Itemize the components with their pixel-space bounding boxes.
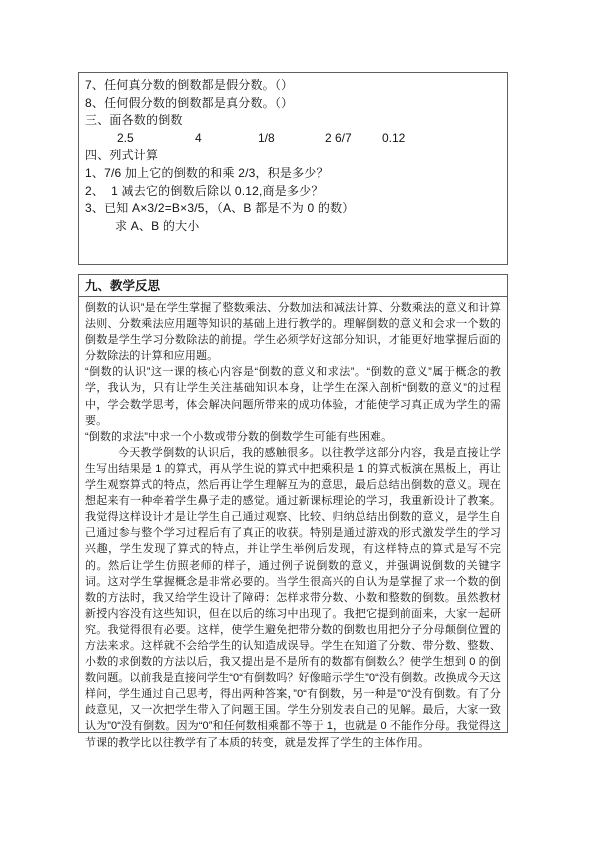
exercise-line: 3、已知 A×3/2=B×3/5，（A、B 都是不为 0 的数） (85, 200, 501, 218)
reflection-table: 九、教学反思 倒数的认识”是在学生掌握了整数乘法、分数加法和减法计算、分数乘法的… (78, 274, 508, 733)
number-item: 2 6/7 (325, 130, 352, 148)
number-item: 0.12 (382, 130, 405, 148)
reflection-paragraph: 倒数的认识”是在学生掌握了整数乘法、分数加法和减法计算、分数乘法的意义和计算法则… (85, 300, 501, 364)
exercise-section-heading: 四、列式计算 (85, 147, 501, 165)
exercise-line: 求 A、B 的大小 (85, 218, 501, 236)
document-page: 7、任何真分数的倒数都是假分数。（） 8、任何假分数的倒数都是真分数。（） 三、… (0, 0, 595, 842)
exercise-line: 2、 1 减去它的倒数后除以 0.12,商是多少？ (85, 183, 501, 201)
exercise-line: 1、7/6 加上它的倒数的和乘 2/3，积是多少？ (85, 165, 501, 183)
exercise-section-heading: 三、面各数的倒数 (85, 112, 501, 130)
number-item: 1/8 (258, 130, 275, 148)
number-item: 2.5 (117, 130, 134, 148)
reflection-paragraph: 今天教学倒数的认识后，我的感触很多。以往教学这部分内容，我是直接让学生写出结果是… (85, 445, 501, 751)
exercise-line: 7、任何真分数的倒数都是假分数。（） (85, 77, 501, 95)
number-item: 4 (195, 130, 202, 148)
reflection-body: 倒数的认识”是在学生掌握了整数乘法、分数加法和减法计算、分数乘法的意义和计算法则… (79, 297, 507, 754)
reflection-paragraph: “倒数的认识”这一课的核心内容是“倒数的意义和求法”。“倒数的意义”属于概念的教… (85, 364, 501, 428)
exercise-line: 8、任何假分数的倒数都是真分数。（） (85, 95, 501, 113)
reflection-paragraph: “倒数的求法”中求一个小数或带分数的倒数学生可能有些困难。 (85, 429, 501, 445)
exercises-table: 7、任何真分数的倒数都是假分数。（） 8、任何假分数的倒数都是真分数。（） 三、… (78, 72, 508, 265)
exercise-numbers-row: 2.5 4 1/8 2 6/7 0.12 (85, 130, 501, 148)
reflection-header: 九、教学反思 (79, 275, 507, 297)
